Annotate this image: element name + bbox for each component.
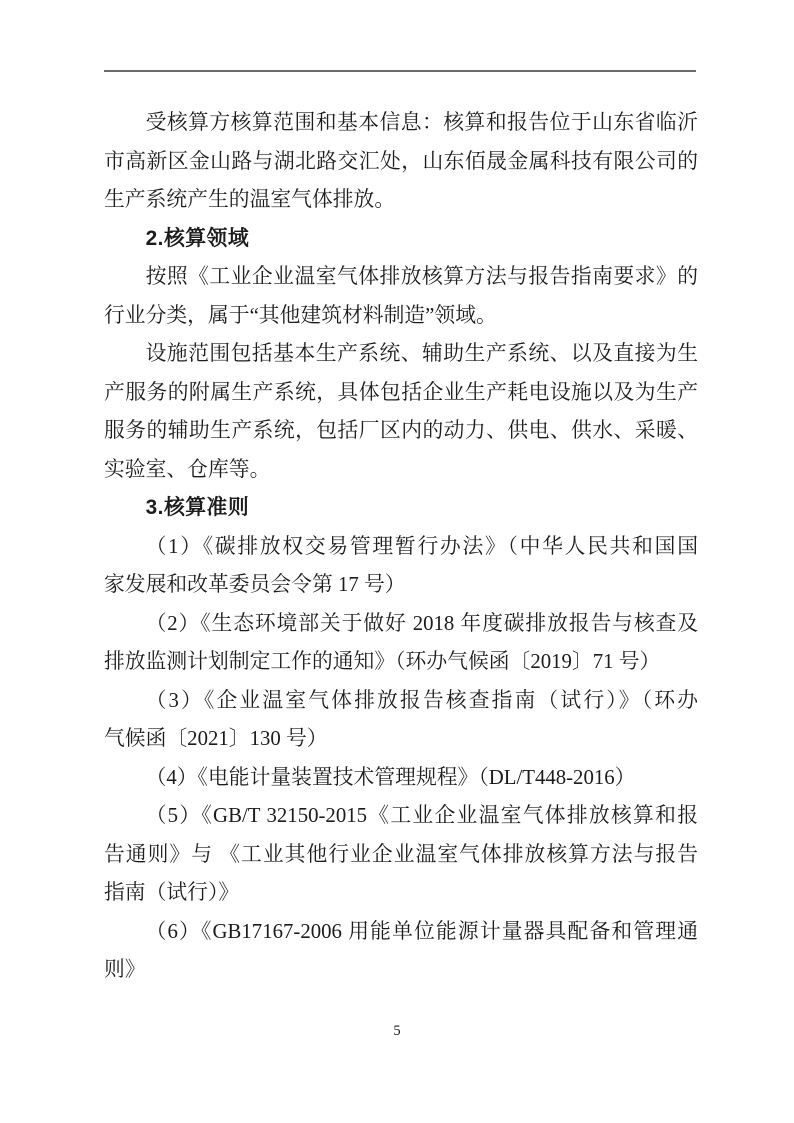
heading-accounting-domain: 2.核算领域 (104, 220, 698, 259)
text-line: 实验室、仓库等。 (104, 451, 698, 490)
text-line: 受核算方核算范围和基本信息：核算和报告位于山东省临沂 (104, 104, 698, 143)
text-line: （1）《碳排放权交易管理暂行办法》（中华人民共和国国 (104, 528, 698, 567)
text-line: 则》 (104, 951, 698, 990)
page-footer: 5 (0, 1022, 794, 1040)
heading-line: 3.核算准则 (104, 489, 698, 528)
text-line: 市高新区金山路与湖北路交汇处，山东佰晟金属科技有限公司的 (104, 143, 698, 182)
text-line: 生产系统产生的温室气体排放。 (104, 181, 698, 220)
text-line: 行业分类，属于“其他建筑材料制造”领域。 (104, 297, 698, 336)
para-scope-basic-info: 受核算方核算范围和基本信息：核算和报告位于山东省临沂 市高新区金山路与湖北路交汇… (104, 104, 698, 220)
text-line: 按照《工业企业温室气体排放核算方法与报告指南要求》的 (104, 258, 698, 297)
text-line: （5）《GB/T 32150-2015《工业企业温室气体排放核算和报 (104, 797, 698, 836)
text-line: 设施范围包括基本生产系统、辅助生产系统、以及直接为生 (104, 335, 698, 374)
heading-line: 2.核算领域 (104, 220, 698, 259)
text-line: （2）《生态环境部关于做好 2018 年度碳排放报告与核查及 (104, 605, 698, 644)
para-reference-6: （6）《GB17167-2006 用能单位能源计量器具配备和管理通 则》 (104, 913, 698, 990)
para-reference-1: （1）《碳排放权交易管理暂行办法》（中华人民共和国国 家发展和改革委员会令第 1… (104, 528, 698, 605)
document-page: 受核算方核算范围和基本信息：核算和报告位于山东省临沂 市高新区金山路与湖北路交汇… (0, 0, 794, 1123)
text-line: （4）《电能计量装置技术管理规程》（DL/T448-2016） (104, 759, 698, 798)
text-line: 家发展和改革委员会令第 17 号） (104, 566, 698, 605)
page-number: 5 (393, 1023, 400, 1039)
para-facility-scope: 设施范围包括基本生产系统、辅助生产系统、以及直接为生 产服务的附属生产系统，具体… (104, 335, 698, 489)
document-body: 受核算方核算范围和基本信息：核算和报告位于山东省临沂 市高新区金山路与湖北路交汇… (104, 104, 698, 990)
text-line: 气候函〔2021〕130 号） (104, 720, 698, 759)
para-reference-5: （5）《GB/T 32150-2015《工业企业温室气体排放核算和报 告通则》与… (104, 797, 698, 913)
text-line: 服务的辅助生产系统，包括厂区内的动力、供电、供水、采暖、 (104, 412, 698, 451)
para-industry-classification: 按照《工业企业温室气体排放核算方法与报告指南要求》的 行业分类，属于“其他建筑材… (104, 258, 698, 335)
text-line: 排放监测计划制定工作的通知》（环办气候函〔2019〕71 号） (104, 643, 698, 682)
para-reference-2: （2）《生态环境部关于做好 2018 年度碳排放报告与核查及 排放监测计划制定工… (104, 605, 698, 682)
para-reference-4: （4）《电能计量装置技术管理规程》（DL/T448-2016） (104, 759, 698, 798)
heading-accounting-criteria: 3.核算准则 (104, 489, 698, 528)
text-line: （6）《GB17167-2006 用能单位能源计量器具配备和管理通 (104, 913, 698, 952)
header-divider (104, 70, 696, 72)
text-line: （3）《企业温室气体排放报告核查指南（试行）》（环办 (104, 682, 698, 721)
para-reference-3: （3）《企业温室气体排放报告核查指南（试行）》（环办 气候函〔2021〕130 … (104, 682, 698, 759)
text-line: 指南（试行）》 (104, 874, 698, 913)
text-line: 告通则》与 《工业其他行业企业温室气体排放核算方法与报告 (104, 836, 698, 875)
text-line: 产服务的附属生产系统，具体包括企业生产耗电设施以及为生产 (104, 374, 698, 413)
